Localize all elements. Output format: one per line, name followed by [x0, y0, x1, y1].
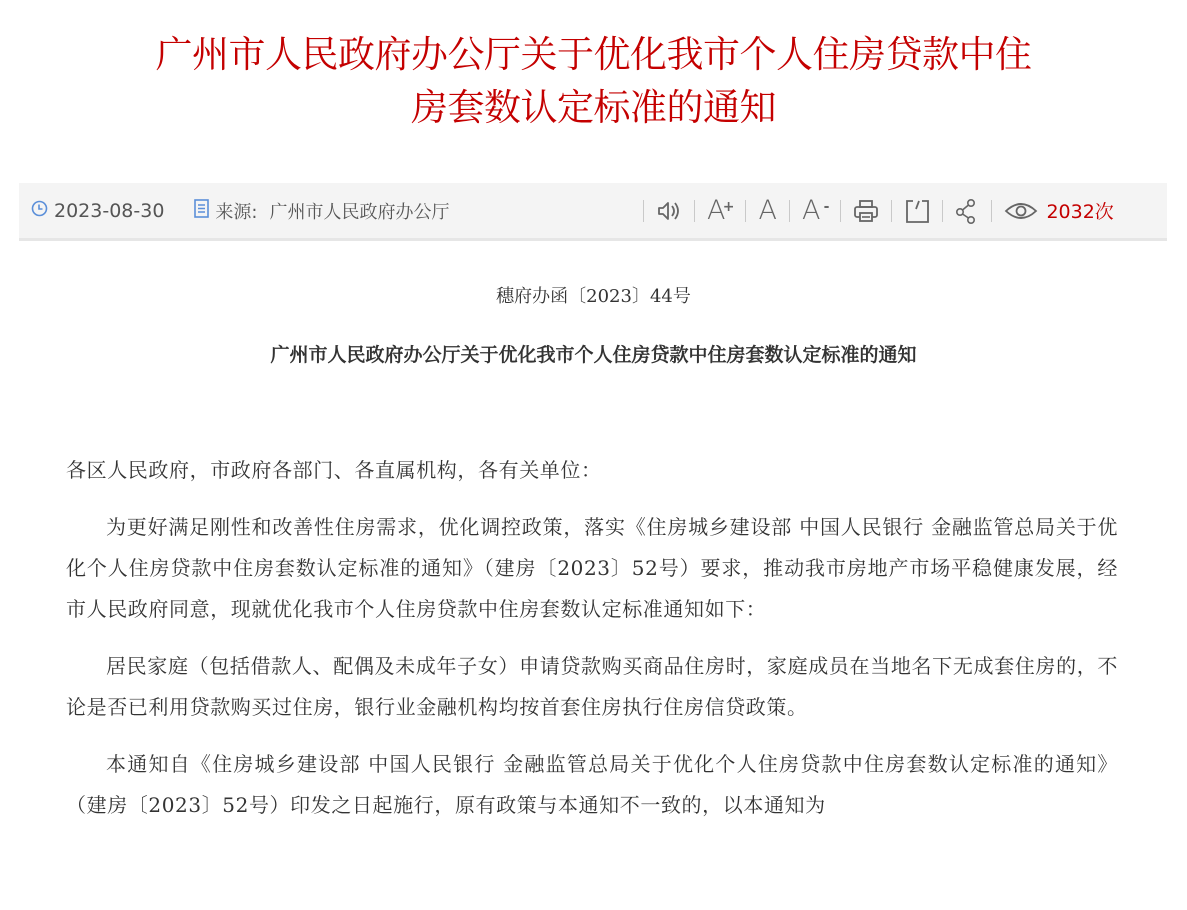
source-value: 广州市人民政府办公厅: [270, 198, 450, 224]
view-count: 2032次: [1046, 197, 1113, 224]
clock-icon: [31, 200, 48, 222]
font-default-button[interactable]: A: [758, 196, 776, 226]
printer-icon: [853, 199, 879, 223]
divider: [694, 200, 695, 222]
source-label: 来源:: [215, 198, 257, 224]
share-button[interactable]: [955, 196, 979, 226]
divider: [891, 200, 892, 222]
title-line-2: 房套数认定标准的通知: [0, 81, 1187, 134]
divider: [643, 200, 644, 222]
salutation: 各区人民政府，市政府各部门、各直属机构，各有关单位：: [66, 450, 1118, 491]
share-icon: [955, 198, 979, 224]
meta-toolbar: 2023-08-30 来源: 广州市人民政府办公厅 A+ A A-: [19, 183, 1167, 241]
document-number: 穗府办函〔2023〕44号: [0, 282, 1187, 308]
font-larger-icon: A+: [707, 196, 725, 226]
tool-group: A+ A A- 2032次: [631, 183, 1114, 238]
speaker-icon: [656, 199, 682, 223]
divider: [789, 200, 790, 222]
exit-icon: [904, 198, 930, 224]
font-decrease-button[interactable]: A-: [802, 196, 820, 226]
print-button[interactable]: [853, 196, 879, 226]
close-window-button[interactable]: [904, 196, 930, 226]
divider: [745, 200, 746, 222]
publish-date: 2023-08-30: [54, 200, 164, 222]
paragraph: 本通知自《住房城乡建设部 中国人民银行 金融监管总局关于优化个人住房贷款中住房套…: [66, 744, 1118, 826]
meta-info: 2023-08-30 来源: 广州市人民政府办公厅: [19, 198, 450, 224]
divider: [840, 200, 841, 222]
divider: [942, 200, 943, 222]
font-smaller-icon: A-: [802, 196, 820, 226]
read-aloud-button[interactable]: [656, 196, 682, 226]
article-title: 广州市人民政府办公厅关于优化我市个人住房贷款中住 房套数认定标准的通知: [0, 28, 1187, 134]
eye-icon: [1004, 200, 1038, 222]
font-default-icon: A: [758, 196, 776, 226]
font-increase-button[interactable]: A+: [707, 196, 725, 226]
divider: [991, 200, 992, 222]
paragraph: 为更好满足刚性和改善性住房需求，优化调控政策，落实《住房城乡建设部 中国人民银行…: [66, 507, 1118, 630]
document-body: 各区人民政府，市政府各部门、各直属机构，各有关单位： 为更好满足刚性和改善性住房…: [66, 450, 1118, 842]
paragraph: 居民家庭（包括借款人、配偶及未成年子女）申请贷款购买商品住房时，家庭成员在当地名…: [66, 646, 1118, 728]
title-line-1: 广州市人民政府办公厅关于优化我市个人住房贷款中住: [0, 28, 1187, 81]
document-title: 广州市人民政府办公厅关于优化我市个人住房贷款中住房套数认定标准的通知: [0, 340, 1187, 367]
document-icon: [194, 199, 209, 223]
